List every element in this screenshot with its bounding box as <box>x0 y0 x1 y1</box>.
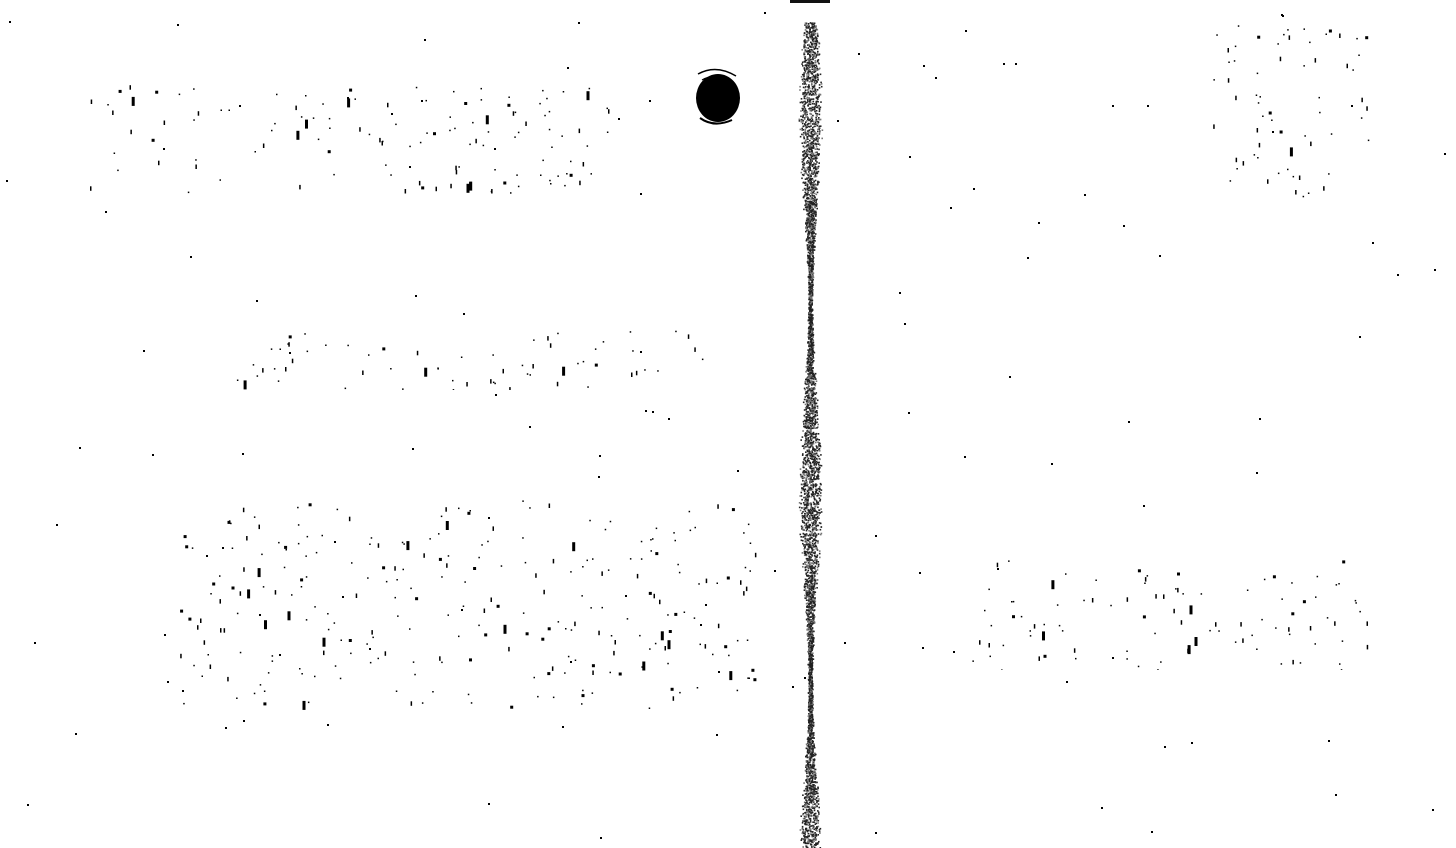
scan-dust <box>75 733 77 735</box>
scan-dust <box>899 292 901 294</box>
right-page <box>830 0 1456 848</box>
scan-dust <box>9 21 11 23</box>
scan-dust <box>289 352 291 354</box>
scan-dust <box>858 53 860 55</box>
scan-dust <box>1143 505 1145 507</box>
scan-dust <box>567 67 569 69</box>
scan-dust <box>1003 63 1005 65</box>
scan-dust <box>27 804 29 806</box>
left-page <box>0 0 790 848</box>
scan-dust <box>923 65 925 67</box>
scan-dust <box>570 661 572 663</box>
scan-dust <box>700 624 702 626</box>
scan-dust <box>167 681 169 683</box>
scan-dust <box>640 193 642 195</box>
scan-dust <box>1015 63 1017 65</box>
scan-dust <box>206 555 208 557</box>
scan-dust <box>1101 807 1103 809</box>
scan-dust <box>935 77 937 79</box>
scan-dust <box>737 470 739 472</box>
scan-dust <box>152 454 154 456</box>
scan-dust <box>599 455 601 457</box>
scan-dust <box>1112 657 1114 659</box>
scan-dust <box>1351 105 1353 107</box>
scan-dust <box>463 313 465 315</box>
scan-dust <box>1084 194 1086 196</box>
scan-dust <box>34 642 36 644</box>
scan-dust <box>1359 336 1361 338</box>
ink-blot <box>688 66 744 128</box>
scan-dust <box>177 24 179 26</box>
scan-dust <box>764 12 766 14</box>
scan-dust <box>1434 269 1436 271</box>
scan-dust <box>844 642 846 644</box>
scan-dust <box>1272 131 1274 133</box>
scan-dust <box>488 517 490 519</box>
scan-dust <box>1256 472 1258 474</box>
scan-dust <box>649 100 651 102</box>
scan-dust <box>1123 225 1125 227</box>
scan-dust <box>495 394 497 396</box>
scan-dust <box>1128 421 1130 423</box>
scan-dust <box>1051 463 1053 465</box>
scan-dust <box>1066 681 1068 683</box>
scan-dust <box>640 351 642 353</box>
book-gutter-shadow <box>790 22 830 848</box>
scan-dust <box>334 541 336 543</box>
scan-dust <box>190 256 192 258</box>
scan-dust <box>327 724 329 726</box>
scan-dust <box>239 105 241 107</box>
scan-dust <box>79 447 81 449</box>
scan-dust <box>1372 242 1374 244</box>
scan-dust <box>1038 222 1040 224</box>
scan-dust <box>56 524 58 526</box>
scan-dust <box>342 596 344 598</box>
illegible-heading-left <box>90 85 610 195</box>
scan-dust <box>412 448 414 450</box>
scan-dust <box>578 22 580 24</box>
scan-dust <box>391 113 393 115</box>
scan-dust <box>1444 153 1446 155</box>
scan-dust <box>875 832 877 834</box>
scan-dust <box>837 120 839 122</box>
scan-dust <box>256 300 258 302</box>
scan-dust <box>243 720 245 722</box>
scan-dust <box>143 350 145 352</box>
scan-dust <box>182 690 184 692</box>
scan-dust <box>1191 742 1193 744</box>
illegible-paragraph-right <box>970 560 1370 670</box>
scan-dust <box>953 651 955 653</box>
scan-dust <box>705 604 707 606</box>
scan-dust <box>1112 105 1114 107</box>
scan-dust <box>625 595 627 597</box>
scan-dust <box>369 648 371 650</box>
illegible-paragraph-left <box>180 500 760 710</box>
scan-dust <box>598 476 600 478</box>
scan-dust <box>1328 740 1330 742</box>
scan-dust <box>1159 255 1161 257</box>
scan-dust <box>424 39 426 41</box>
scan-dust <box>919 572 921 574</box>
scan-dust <box>242 453 244 455</box>
scan-dust <box>774 570 776 572</box>
scan-dust <box>279 654 281 656</box>
scan-dust <box>997 568 999 570</box>
scan-dust <box>950 207 952 209</box>
scan-dust <box>645 410 647 412</box>
scan-dust <box>562 726 564 728</box>
scan-dust <box>618 118 620 120</box>
scan-dust <box>668 418 670 420</box>
illegible-heading-right <box>1210 20 1370 200</box>
scan-dust <box>105 211 107 213</box>
scan-dust <box>792 686 794 688</box>
scan-dust <box>716 734 718 736</box>
scan-dust <box>6 180 8 182</box>
scan-dust <box>904 323 906 325</box>
scan-dust <box>964 456 966 458</box>
scan-dust <box>461 609 463 611</box>
scan-dust <box>415 295 417 297</box>
scan-dust <box>973 188 975 190</box>
scan-dust <box>409 166 411 168</box>
scan-dust <box>222 547 224 549</box>
scan-dust <box>1335 794 1337 796</box>
illegible-text-left-mid <box>230 330 710 390</box>
scan-dust <box>1281 14 1283 16</box>
scan-dust <box>1432 809 1434 811</box>
scan-dust <box>804 677 806 679</box>
scan-dust <box>922 647 924 649</box>
scan-dust <box>163 148 165 150</box>
scan-dust <box>652 411 654 413</box>
scan-dust <box>164 634 166 636</box>
scan-dust <box>494 148 496 150</box>
scan-dust <box>1164 746 1166 748</box>
scan-dust <box>529 426 531 428</box>
scan-dust <box>965 30 967 32</box>
scan-dust <box>347 97 349 99</box>
scan-dust <box>421 100 423 102</box>
scan-dust <box>1151 831 1153 833</box>
scan-dust <box>225 727 227 729</box>
scan-dust <box>1397 274 1399 276</box>
scan-dust <box>908 412 910 414</box>
scan-dust <box>259 614 261 616</box>
scan-dust <box>909 156 911 158</box>
scan-dust <box>488 803 490 805</box>
scan-dust <box>1009 376 1011 378</box>
scan-dust <box>875 535 877 537</box>
scan-dust <box>1027 257 1029 259</box>
scan-dust <box>600 837 602 839</box>
scan-dust <box>1259 418 1261 420</box>
scan-dust <box>1147 105 1149 107</box>
scan-dust <box>718 671 720 673</box>
